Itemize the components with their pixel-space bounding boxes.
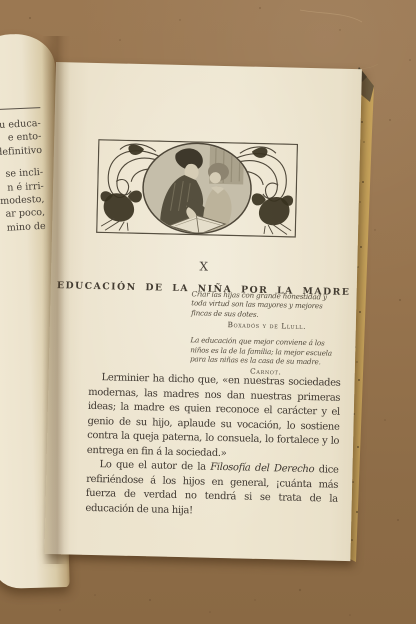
epigraph-attribution: Boxadós y de Llull. <box>191 319 343 332</box>
mother-and-child-vignette-art <box>96 139 298 238</box>
fragment-line: definitivo <box>0 144 42 160</box>
epigraph-block: Criar las hijas con grande honestidad y … <box>190 289 344 385</box>
left-page-rule <box>0 107 40 110</box>
epigraph: La educación que mejor conviene á los ni… <box>190 335 343 378</box>
epigraph-text: La educación que mejor conviene á los ni… <box>190 335 343 367</box>
epigraph: Criar las hijas con grande honestidad y … <box>191 289 344 332</box>
fragment-line: mino de <box>0 220 46 236</box>
book-photo: { "book": { "left_page": { "fragments": … <box>0 0 416 624</box>
body-text: Lerminier ha dicho que, «en nuestras soc… <box>85 371 340 522</box>
chapter-header-illustration <box>96 139 298 238</box>
epigraph-text: Criar las hijas con grande honestidad y … <box>191 289 344 321</box>
paragraph-2-start: Lo que el autor de la <box>99 459 210 473</box>
book-title-reference: Filosofía del Derecho <box>210 462 314 475</box>
right-page: X EDUCACIÓN DE LA NIÑA POR LA MADRE Cria… <box>44 62 362 561</box>
paragraph-2: Lo que el autor de la Filosofía del Dere… <box>85 458 338 522</box>
chapter-number: X <box>51 256 357 277</box>
left-page-text-fragments: u educa- e ento- definitivo se incli- n … <box>0 117 46 236</box>
paragraph-1: Lerminier ha dicho que, «en nuestras soc… <box>87 371 341 464</box>
